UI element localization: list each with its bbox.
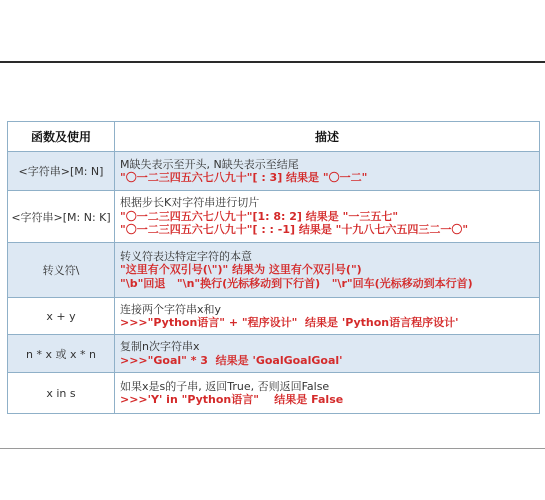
description-text: 连接两个字符串x和y <box>120 303 539 317</box>
example-text: >>>"Python语言" + "程序设计" 结果是 'Python语言程序设计… <box>120 316 539 330</box>
description-text: 如果x是s的子串, 返回True, 否则返回False <box>120 380 539 394</box>
example-text: "\b"回退 "\n"换行(光标移动到下行首) "\r"回车(光标移动到本行首) <box>120 277 539 291</box>
string-functions-table: 函数及使用 描述 <字符串>[M: N] M缺失表示至开头, N缺失表示至结尾 … <box>7 121 540 414</box>
description-cell: 转义符表达特定字符的本意 "这里有个双引号(\")" 结果为 这里有个双引号("… <box>115 243 540 298</box>
description-text: 复制n次字符串x <box>120 340 539 354</box>
example-text: "〇一二三四五六七八九十"[ : : -1] 结果是 "十九八七六五四三二一〇" <box>120 223 539 237</box>
function-cell: x + y <box>8 298 115 335</box>
example-text: "这里有个双引号(\")" 结果为 这里有个双引号(") <box>120 263 539 277</box>
description-cell: 如果x是s的子串, 返回True, 否则返回False >>>'Y' in "P… <box>115 373 540 414</box>
table-row: n * x 或 x * n 复制n次字符串x >>>"Goal" * 3 结果是… <box>8 335 540 373</box>
table-row: <字符串>[M: N] M缺失表示至开头, N缺失表示至结尾 "〇一二三四五六七… <box>8 152 540 191</box>
table-row: <字符串>[M: N: K] 根据步长K对字符串进行切片 "〇一二三四五六七八九… <box>8 191 540 243</box>
bottom-divider <box>0 448 545 449</box>
top-divider <box>0 61 545 63</box>
header-function: 函数及使用 <box>8 122 115 152</box>
function-cell: x in s <box>8 373 115 414</box>
table-header-row: 函数及使用 描述 <box>8 122 540 152</box>
description-cell: 连接两个字符串x和y >>>"Python语言" + "程序设计" 结果是 'P… <box>115 298 540 335</box>
example-text: "〇一二三四五六七八九十"[ : 3] 结果是 "〇一二" <box>120 171 539 185</box>
description-cell: 根据步长K对字符串进行切片 "〇一二三四五六七八九十"[1: 8: 2] 结果是… <box>115 191 540 243</box>
description-cell: 复制n次字符串x >>>"Goal" * 3 结果是 'GoalGoalGoal… <box>115 335 540 373</box>
table-row: x + y 连接两个字符串x和y >>>"Python语言" + "程序设计" … <box>8 298 540 335</box>
example-text: >>>'Y' in "Python语言" 结果是 False <box>120 393 539 407</box>
header-description: 描述 <box>115 122 540 152</box>
function-cell: 转义符\ <box>8 243 115 298</box>
example-text: >>>"Goal" * 3 结果是 'GoalGoalGoal' <box>120 354 539 368</box>
table-row: x in s 如果x是s的子串, 返回True, 否则返回False >>>'Y… <box>8 373 540 414</box>
function-cell: <字符串>[M: N: K] <box>8 191 115 243</box>
table-row: 转义符\ 转义符表达特定字符的本意 "这里有个双引号(\")" 结果为 这里有个… <box>8 243 540 298</box>
description-text: 根据步长K对字符串进行切片 <box>120 196 539 210</box>
description-text: M缺失表示至开头, N缺失表示至结尾 <box>120 158 539 172</box>
description-text: 转义符表达特定字符的本意 <box>120 250 539 264</box>
description-cell: M缺失表示至开头, N缺失表示至结尾 "〇一二三四五六七八九十"[ : 3] 结… <box>115 152 540 191</box>
example-text: "〇一二三四五六七八九十"[1: 8: 2] 结果是 "一三五七" <box>120 210 539 224</box>
function-cell: n * x 或 x * n <box>8 335 115 373</box>
function-cell: <字符串>[M: N] <box>8 152 115 191</box>
